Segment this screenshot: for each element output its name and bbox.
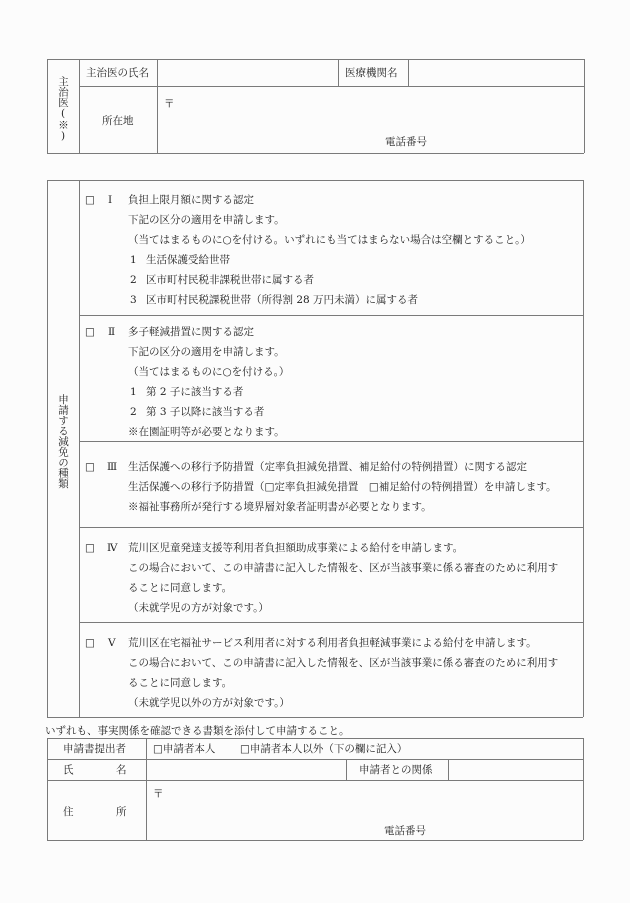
attach-note: いずれも、事実関係を確認できる書類を添付して申請すること。 (45, 724, 350, 738)
physician-side-label: 主治医(※) (56, 76, 70, 142)
section-3-numeral: Ⅲ (107, 460, 117, 474)
section-2-note: ※在園証明等が必要となります。 (128, 425, 285, 439)
option-item[interactable]: 生活保護受給世帯 (146, 253, 230, 267)
submitter-label: 申請書提出者 (63, 742, 126, 756)
section-1-checkbox[interactable]: □ (85, 193, 95, 207)
item-number: 1 (130, 385, 137, 399)
section-3-options[interactable]: 生活保護への移行予防措置（□定率負担減免措置 □補足給付の特例措置）を申請します… (128, 480, 557, 494)
name-label-part2: 名 (116, 763, 127, 777)
postal-mark: 〒 (153, 787, 164, 801)
section-2-numeral: Ⅱ (108, 325, 115, 339)
reduction-side-label: 申請する減免の種類 (56, 394, 70, 489)
section-5-numeral: Ⅴ (108, 636, 116, 650)
physician-address-label: 所在地 (102, 114, 134, 128)
item-number: 2 (130, 273, 137, 287)
item-number: 2 (130, 405, 137, 419)
physician-name-label: 主治医の氏名 (86, 66, 149, 80)
section-5-title: 荒川区在宅福祉サービス利用者に対する利用者負担軽減事業による給付を申請します。 (128, 636, 537, 650)
physician-address-field[interactable]: 〒 電話番号 (158, 87, 583, 152)
physician-name-field[interactable] (158, 60, 337, 85)
section-4-checkbox[interactable]: □ (85, 541, 95, 555)
section-3-checkbox[interactable]: □ (85, 460, 95, 474)
option-item[interactable]: 区市町村民税非課税世帯に属する者 (146, 273, 314, 287)
section-3-title: 生活保護への移行予防措置（定率負担減免措置、補足給付の特例措置）に関する認定 (128, 460, 527, 474)
section-5-checkbox[interactable]: □ (85, 636, 95, 650)
address-label-part1: 住 (63, 805, 74, 819)
section-1-title: 負担上限月額に関する認定 (128, 193, 254, 207)
postal-mark: 〒 (164, 97, 175, 111)
section-2-checkbox[interactable]: □ (85, 325, 95, 339)
name-label-part1: 氏 (63, 763, 74, 777)
option-item[interactable]: 第 2 子に該当する者 (146, 385, 243, 399)
option-item[interactable]: 区市町村民税課税世帯（所得割 28 万円未満）に属する者 (146, 293, 418, 307)
section-4-numeral: Ⅳ (107, 541, 118, 555)
item-number: 3 (130, 293, 137, 307)
institution-label: 医療機関名 (345, 66, 398, 80)
item-number: 1 (130, 253, 137, 267)
institution-field[interactable] (409, 60, 583, 85)
section-4-title: 荒川区児童発達支援等利用者負担額助成事業による給付を申請します。 (128, 541, 463, 555)
submitter-name-field[interactable] (147, 760, 345, 779)
phone-label: 電話番号 (385, 135, 427, 149)
option-item[interactable]: 第 3 子以降に該当する者 (146, 405, 264, 419)
submitter-address-field[interactable]: 〒 電話番号 (147, 781, 582, 839)
address-label-part2: 所 (116, 805, 127, 819)
phone-label: 電話番号 (384, 824, 426, 838)
submitter-self-option[interactable]: □申請者本人 (153, 742, 215, 756)
section-2-title: 多子軽減措置に関する認定 (128, 325, 254, 339)
relation-label: 申請者との関係 (359, 763, 433, 777)
section-1-numeral: Ⅰ (108, 193, 112, 207)
submitter-other-option[interactable]: □申請者本人以外（下の欄に記入） (240, 742, 407, 756)
relation-field[interactable] (449, 760, 582, 779)
section-3-note: ※福祉事務所が発行する境界層対象者証明書が必要となります。 (128, 500, 432, 514)
